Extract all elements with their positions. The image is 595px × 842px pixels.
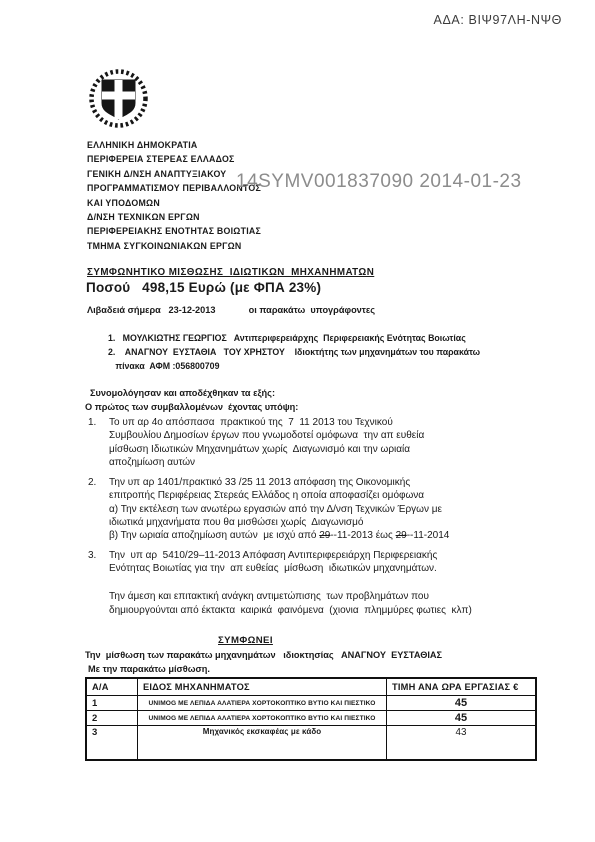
document-page: ΑΔΑ: ΒΙΨ97ΛΗ-ΝΨΘ ΕΛΛΗΝΙΚΗ ΔΗΜΟΚΡΑΤΙΑ ΠΕΡ…: [0, 0, 595, 842]
signers-list: 1. ΜΟΥΛΚΙΩΤΗΣ ΓΕΩΡΓΙΟΣ Αντιπεριφερειάρχη…: [108, 331, 480, 374]
header-line: ΚΑΙ ΥΠΟΔΟΜΩΝ: [87, 196, 261, 210]
first-party-intro-line: Ο πρώτος των συμβαλλομένων έχοντας υπόψη…: [85, 402, 298, 412]
header-line: ΠΕΡΙΦΕΡΕΙΑΚΗΣ ΕΝΟΤΗΤΑΣ ΒΟΙΩΤΙΑΣ: [87, 224, 261, 238]
clause-item-1: 1. Το υπ αρ 4ο απόσπασα πρακτικού της 7 …: [88, 416, 424, 469]
registry-watermark: 14SYMV001837090 2014-01-23: [236, 171, 522, 193]
header-line: ΤΜΗΜΑ ΣΥΓΚΟΙΝΩΝΙΑΚΩΝ ΕΡΓΩΝ: [87, 239, 261, 253]
table-row: 1 UNIMOG ΜΕ ΛΕΠΙΔΑ ΑΛΑΤΙΕΡΑ ΧΟΡΤΟΚΟΠΤΙΚΟ…: [86, 696, 536, 711]
signer-line: 2. ΑΝΑΓΝΟΥ ΕΥΣΤΑΘΙΑ ΤΟΥ ΧΡΗΣΤΟΥ Ιδιοκτήτ…: [108, 345, 480, 359]
clause-line: ιδιωτικά μηχανήματα που θα μισθώσει χωρί…: [109, 516, 449, 529]
clause-line: Συμβουλίου Δημοσίων έργων που γνωμοδοτεί…: [109, 429, 424, 442]
agrees-heading: ΣΥΜΦΩΝΕΙ: [218, 635, 273, 646]
greek-national-emblem-icon: [87, 65, 150, 132]
header-line: ΠΕΡΙΦΕΡΕΙΑ ΣΤΕΡΕΑΣ ΕΛΛΑΔΟΣ: [87, 152, 261, 166]
clause-item-2: 2. Την υπ αρ 1401/πρακτικό 33 /25 11 201…: [88, 476, 449, 542]
clause-line: μίσθωση Ιδιωτικών Μηχανημάτων χωρίς Διαγ…: [109, 443, 424, 456]
table-row: 2 UNIMOG ΜΕ ΛΕΠΙΔΑ ΑΛΑΤΙΕΡΑ ΧΟΡΤΟΚΟΠΤΙΚΟ…: [86, 711, 536, 726]
paragraph-line: Την άμεση και επιτακτική ανάγκη αντιμετώ…: [109, 590, 472, 604]
amount-line: Ποσού 498,15 Ευρώ (με ΦΠΑ 23%): [86, 280, 321, 295]
row-price-cell: 45: [387, 696, 537, 711]
row-price-cell: 45: [387, 711, 537, 726]
row-id-cell: 3: [86, 726, 138, 760]
clause-text: --11-2013 έως: [330, 530, 395, 541]
place-date-line: Λιβαδειά σήμερα 23-12-2013 οι παρακάτω υ…: [87, 305, 375, 315]
agency-header: ΕΛΛΗΝΙΚΗ ΔΗΜΟΚΡΑΤΙΑ ΠΕΡΙΦΕΡΕΙΑ ΣΤΕΡΕΑΣ Ε…: [87, 138, 261, 253]
clause-line-with-corrections: β) Την ωριαία αποζημίωση αυτών με ισχύ α…: [109, 529, 449, 542]
header-line: ΓΕΝΙΚΗ Δ/ΝΣΗ ΑΝΑΠΤΥΞΙΑΚΟΥ: [87, 167, 261, 181]
column-header-id: Α/Α: [86, 678, 138, 696]
lease-statement-line: Με την παρακάτω μίσθωση.: [88, 664, 210, 674]
row-id-cell: 1: [86, 696, 138, 711]
clause-line: α) Την εκτέλεση των ανωτέρω εργασιών από…: [109, 503, 449, 516]
agreed-intro-line: Συνομολόγησαν και αποδέχθηκαν τα εξής:: [90, 388, 275, 398]
signer-line: πίνακα ΑΦΜ :056800709: [108, 359, 480, 373]
clause-text: --11-2014: [407, 530, 450, 541]
document-title: ΣΥΜΦΩΝΗΤΙΚΟ ΜΙΣΘΩΣΗΣ ΙΔΙΩΤΙΚΩΝ ΜΗΧΑΝΗΜΑΤ…: [87, 267, 374, 278]
lease-statement-line: Την μίσθωση των παρακάτω μηχανημάτων ιδι…: [85, 650, 442, 660]
clause-number: 3.: [88, 549, 96, 562]
clause-number: 2.: [88, 476, 96, 489]
paragraph-line: δημιουργούνται από έκτακτα καιρικά φαινό…: [109, 604, 472, 618]
table-header-row: Α/Α ΕΙΔΟΣ ΜΗΧΑΝΗΜΑΤΟΣ ΤΙΜΗ ΑΝΑ ΩΡΑ ΕΡΓΑΣ…: [86, 678, 536, 696]
clause-line: αποζημίωση αυτών: [109, 456, 424, 469]
header-line: ΕΛΛΗΝΙΚΗ ΔΗΜΟΚΡΑΤΙΑ: [87, 138, 261, 152]
row-desc-cell: Μηχανικός εκσκαφέας με κάδο: [138, 726, 387, 760]
column-header-type: ΕΙΔΟΣ ΜΗΧΑΝΗΜΑΤΟΣ: [138, 678, 387, 696]
clause-number: 1.: [88, 416, 96, 429]
column-header-price: ΤΙΜΗ ΑΝΑ ΩΡΑ ΕΡΓΑΣΙΑΣ €: [387, 678, 537, 696]
row-id-cell: 2: [86, 711, 138, 726]
row-desc-cell: UNIMOG ΜΕ ΛΕΠΙΔΑ ΑΛΑΤΙΕΡΑ ΧΟΡΤΟΚΟΠΤΙΚΟ Β…: [138, 711, 387, 726]
clause-line: Το υπ αρ 4ο απόσπασα πρακτικού της 7 11 …: [109, 416, 424, 429]
row-price-cell: 43: [387, 726, 537, 760]
machinery-price-table: Α/Α ΕΙΔΟΣ ΜΗΧΑΝΗΜΑΤΟΣ ΤΙΜΗ ΑΝΑ ΩΡΑ ΕΡΓΑΣ…: [85, 677, 537, 761]
clause-item-3: 3. Την υπ αρ 5410/29–11-2013 Απόφαση Αντ…: [88, 549, 437, 576]
table-row: 3 Μηχανικός εκσκαφέας με κάδο 43: [86, 726, 536, 760]
clause-text: β) Την ωριαία αποζημίωση αυτών με ισχύ α…: [109, 530, 319, 541]
clause-line: Την υπ αρ 5410/29–11-2013 Απόφαση Αντιπε…: [109, 549, 437, 562]
urgency-paragraph: Την άμεση και επιτακτική ανάγκη αντιμετώ…: [109, 590, 472, 617]
signer-line: 1. ΜΟΥΛΚΙΩΤΗΣ ΓΕΩΡΓΙΟΣ Αντιπεριφερειάρχη…: [108, 331, 480, 345]
struck-date-day: 29: [319, 530, 330, 541]
clause-line: Την υπ αρ 1401/πρακτικό 33 /25 11 2013 α…: [109, 476, 449, 489]
row-desc-cell: UNIMOG ΜΕ ΛΕΠΙΔΑ ΑΛΑΤΙΕΡΑ ΧΟΡΤΟΚΟΠΤΙΚΟ Β…: [138, 696, 387, 711]
ada-code: ΑΔΑ: ΒΙΨ97ΛΗ-ΝΨΘ: [434, 13, 562, 27]
clause-line: επιτροπής Περιφέρειας Στερεάς Ελλάδος η …: [109, 489, 449, 502]
header-line: ΠΡΟΓΡΑΜΜΑΤΙΣΜΟΥ ΠΕΡΙΒΑΛΛΟΝΤΟΣ: [87, 181, 261, 195]
struck-date-day: 29: [396, 530, 407, 541]
clause-line: Ενότητας Βοιωτίας για την απ ευθείας μίσ…: [109, 562, 437, 575]
header-line: Δ/ΝΣΗ ΤΕΧΝΙΚΩΝ ΕΡΓΩΝ: [87, 210, 261, 224]
